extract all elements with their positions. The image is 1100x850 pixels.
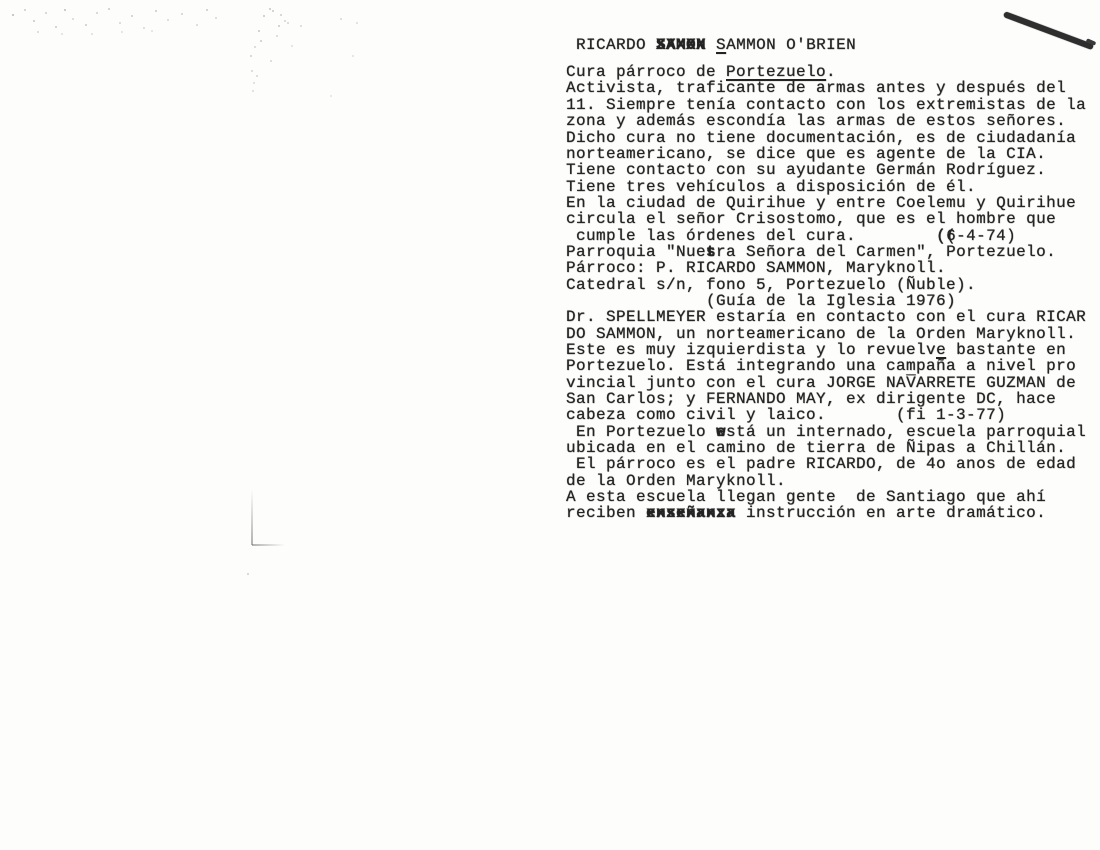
text-line: vincial junto con el cura JORGE NAV¯ARRE… xyxy=(566,375,1086,391)
text-line: circula el señor Crisostomo, que es el h… xyxy=(566,211,1086,227)
text-line: El párroco es el padre RICARDO, de 4o an… xyxy=(566,456,1086,472)
document-title: RICARDO SAMONXXXXX SAMMON O'BRIEN xyxy=(566,37,1086,53)
scan-noise-speckles xyxy=(0,0,2,2)
text-line: ubicada en el camino de tierra de Ñipas … xyxy=(566,440,1086,456)
text-segment: circula el señor Crisostomo, que es el h… xyxy=(566,210,1056,228)
text-segment: Portezuelo. Está integrando una campaña … xyxy=(566,357,1076,375)
text-line: Activista, traficante de armas antes y d… xyxy=(566,80,1086,96)
text-segment: -4-74) xyxy=(956,227,1016,245)
text-line: Párroco: P. RICARDO SAMMON, Maryknoll. xyxy=(566,260,1086,276)
overstruck-text: V¯ xyxy=(906,375,916,391)
text-line: En la ciudad de Quirihue y entre Coelemu… xyxy=(566,195,1086,211)
text-segment: El párroco es el padre RICARDO, de 4o an… xyxy=(566,455,1076,473)
text-line: Catedral s/n, fono 5, Portezuelo (Ñuble)… xyxy=(566,277,1086,293)
crease-mark-vertical xyxy=(251,489,253,545)
text-line: de la Orden Maryknoll. xyxy=(566,473,1086,489)
text-line: Tiene contacto con su ayudante Germán Ro… xyxy=(566,162,1086,178)
text-line: En Portezuelo ewstá un internado, escuel… xyxy=(566,424,1086,440)
text-segment: stá un internado, escuela parroquial xyxy=(726,423,1086,441)
text-segment: Tiene tres vehículos a disposición de él… xyxy=(566,178,976,196)
scanned-document-page: RICARDO SAMONXXXXX SAMMON O'BRIEN Cura p… xyxy=(0,0,1100,850)
text-line: Parroquia "Nuetsra Señora del Carmen", P… xyxy=(566,244,1086,260)
text-line: Portezuelo. Está integrando una campaña … xyxy=(566,358,1086,374)
text-segment: RICARDO xyxy=(566,36,656,54)
underlined-text: S xyxy=(716,36,726,54)
crease-mark-horizontal xyxy=(252,544,285,546)
text-line: San Carlos; y FERNANDO MAY, ex dirigente… xyxy=(566,391,1086,407)
text-segment xyxy=(706,36,716,54)
text-line: Dr. SPELLMEYER estaría en contacto con e… xyxy=(566,309,1086,325)
text-segment: Párroco: P. RICARDO SAMMON, Maryknoll. xyxy=(566,259,946,277)
text-line: 11. Siempre tenía contacto con los extre… xyxy=(566,97,1086,113)
overstruck-text: ts xyxy=(706,244,716,260)
text-line: Tiene tres vehículos a disposición de él… xyxy=(566,179,1086,195)
text-segment: vincial junto con el cura JORGE NA xyxy=(566,374,906,392)
text-segment: AMMON O'BRIEN xyxy=(726,36,856,54)
text-line: Este es muy izquierdista y lo revuelve b… xyxy=(566,342,1086,358)
text-line: Dicho cura no tiene documentación, es de… xyxy=(566,130,1086,146)
typewritten-text: RICARDO SAMONXXXXX SAMMON O'BRIEN Cura p… xyxy=(566,37,1086,522)
overstruck-text: enseñanzaxxxxxxxxx xyxy=(646,505,736,521)
text-segment: Activista, traficante de armas antes y d… xyxy=(566,79,1066,97)
document-body: Cura párroco de Portezuelo.Activista, tr… xyxy=(566,64,1086,522)
text-segment: Tiene contacto con su ayudante Germán Ro… xyxy=(566,161,1046,179)
text-segment: Catedral s/n, fono 5, Portezuelo (Ñuble)… xyxy=(566,276,976,294)
text-line: DO SAMMON, un norteamericano de la Orden… xyxy=(566,326,1086,342)
overstruck-text: SAMONXXXXX xyxy=(656,37,706,53)
text-segment: cumple las órdenes del cura. xyxy=(566,227,936,245)
text-segment: ARRETE GUZMAN de xyxy=(916,374,1076,392)
text-line: reciben enseñanzaxxxxxxxxx instrucción e… xyxy=(566,505,1086,521)
text-line: cabeza como civil y laico. (fi 1-3-77) xyxy=(566,407,1086,423)
text-line: (Guía de la Iglesia 1976) xyxy=(566,293,1086,309)
text-line: cumple las órdenes del cura. (6((-4-74) xyxy=(566,228,1086,244)
text-segment: En Portezuelo xyxy=(566,423,716,441)
text-segment: Dr. SPELLMEYER estaría en contacto con e… xyxy=(566,308,1086,326)
text-segment: zona y además escondía las armas de esto… xyxy=(566,112,1066,130)
text-segment: instrucción en arte dramático. xyxy=(736,504,1046,522)
text-line: A esta escuela llegan gente de Santiago … xyxy=(566,489,1086,505)
text-segment: cabeza como civil y laico. (fi 1-3-77) xyxy=(566,406,1006,424)
text-line: norteamericano, se dice que es agente de… xyxy=(566,146,1086,162)
overstruck-text: ew xyxy=(716,424,726,440)
text-line: zona y además escondía las armas de esto… xyxy=(566,113,1086,129)
text-segment: DO SAMMON, un norteamericano de la Orden… xyxy=(566,325,1076,343)
overstruck-text: (6(( xyxy=(936,228,956,244)
text-segment: reciben xyxy=(566,504,646,522)
text-segment: Dicho cura no tiene documentación, es de… xyxy=(566,129,1076,147)
